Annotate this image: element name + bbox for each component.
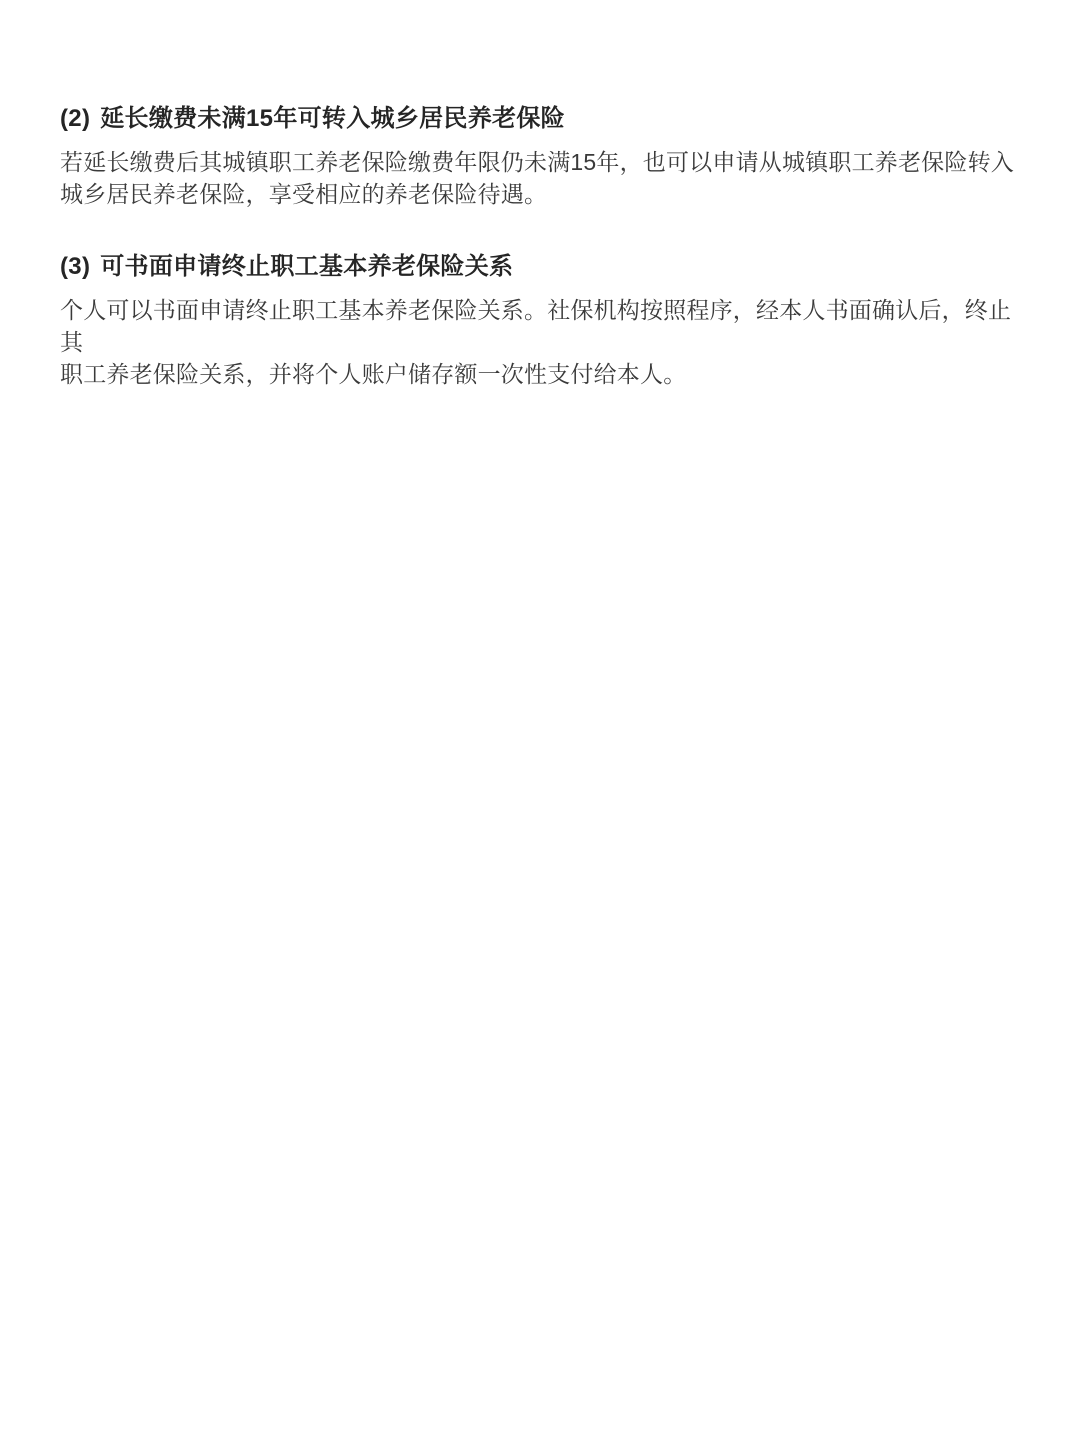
body-line: 若延长缴费后其城镇职工养老保险缴费年限仍未满15年，也可以申请从城镇职工养老保险… — [60, 146, 1020, 178]
section-title: 延长缴费未满15年可转入城乡居民养老保险 — [100, 105, 565, 132]
section-heading: (2)延长缴费未满15年可转入城乡居民养老保险 — [60, 102, 1020, 136]
section-body: 个人可以书面申请终止职工基本养老保险关系。社保机构按照程序，经本人书面确认后，终… — [60, 294, 1020, 390]
body-line: 个人可以书面申请终止职工基本养老保险关系。社保机构按照程序，经本人书面确认后，终… — [60, 294, 1020, 358]
section-extend-contribution: (2)延长缴费未满15年可转入城乡居民养老保险 若延长缴费后其城镇职工养老保险缴… — [60, 102, 1020, 210]
section-title: 可书面申请终止职工基本养老保险关系 — [100, 253, 513, 280]
section-number: (2) — [60, 105, 90, 132]
section-terminate-relation: (3)可书面申请终止职工基本养老保险关系 个人可以书面申请终止职工基本养老保险关… — [60, 250, 1020, 390]
document-page: (2)延长缴费未满15年可转入城乡居民养老保险 若延长缴费后其城镇职工养老保险缴… — [0, 0, 1080, 1443]
section-heading: (3)可书面申请终止职工基本养老保险关系 — [60, 250, 1020, 284]
body-line: 城乡居民养老保险，享受相应的养老保险待遇。 — [60, 178, 1020, 210]
body-line: 职工养老保险关系，并将个人账户储存额一次性支付给本人。 — [60, 358, 1020, 390]
section-number: (3) — [60, 253, 90, 280]
section-body: 若延长缴费后其城镇职工养老保险缴费年限仍未满15年，也可以申请从城镇职工养老保险… — [60, 146, 1020, 210]
